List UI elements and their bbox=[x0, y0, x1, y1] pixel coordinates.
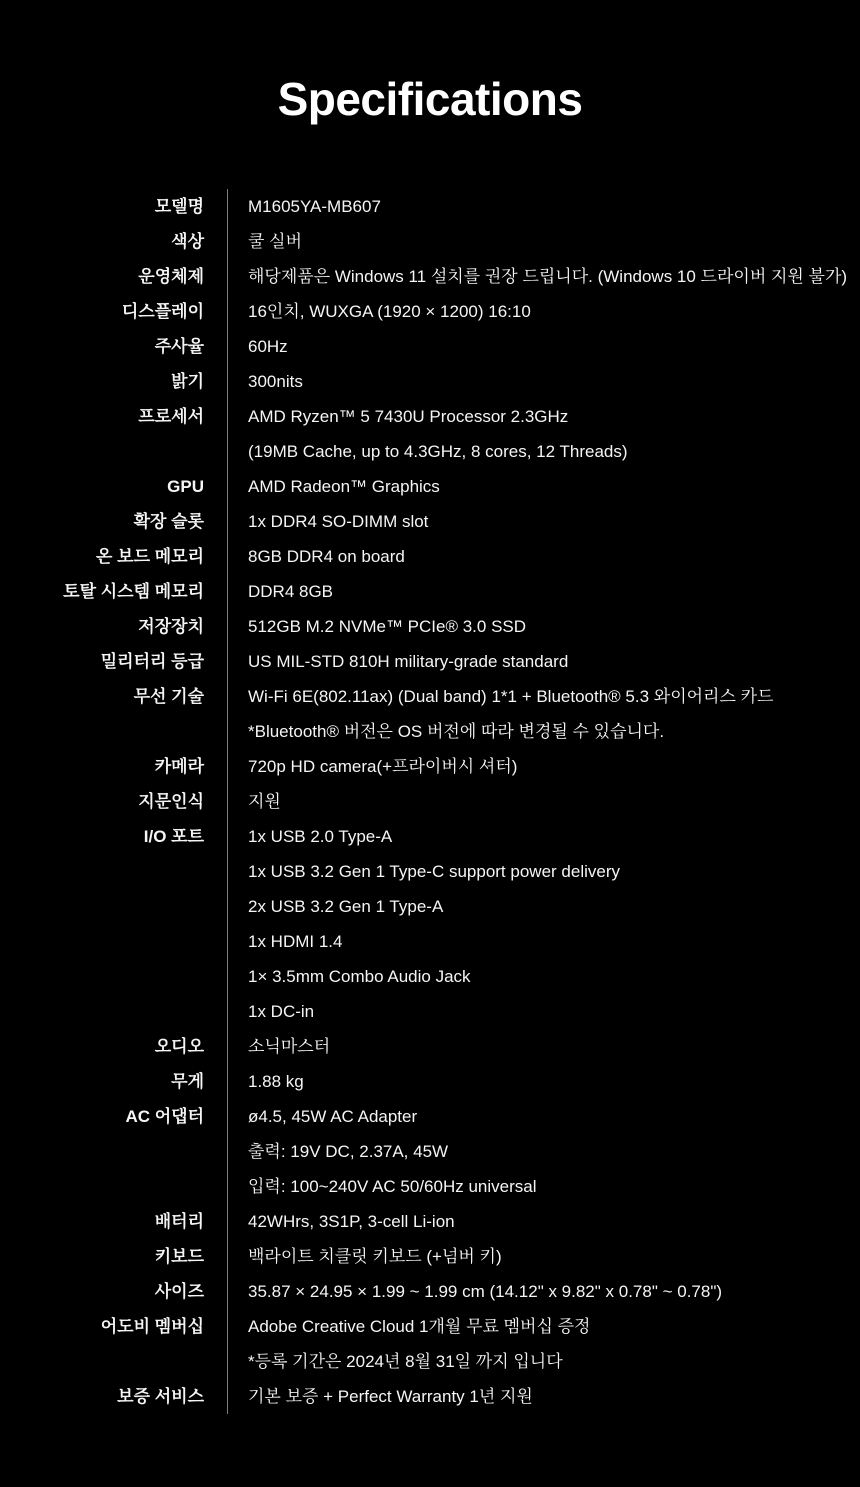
spec-row: 보증 서비스기본 보증 + Perfect Warranty 1년 지원 bbox=[0, 1379, 860, 1414]
spec-label: GPU bbox=[0, 469, 228, 504]
spec-value-line: 1x USB 3.2 Gen 1 Type-C support power de… bbox=[248, 854, 860, 889]
spec-table: 모델명M1605YA-MB607색상쿨 실버운영체제해당제품은 Windows … bbox=[0, 189, 860, 1414]
spec-value-line: 1x DC-in bbox=[248, 994, 860, 1029]
spec-value: DDR4 8GB bbox=[228, 574, 860, 609]
spec-row: 저장장치512GB M.2 NVMe™ PCIe® 3.0 SSD bbox=[0, 609, 860, 644]
spec-value-line: 해당제품은 Windows 11 설치를 권장 드립니다. (Windows 1… bbox=[248, 259, 860, 294]
spec-label: 카메라 bbox=[0, 749, 228, 784]
spec-value: 기본 보증 + Perfect Warranty 1년 지원 bbox=[228, 1379, 860, 1414]
spec-label: 밝기 bbox=[0, 364, 228, 399]
spec-value: 소닉마스터 bbox=[228, 1029, 860, 1064]
spec-value: 512GB M.2 NVMe™ PCIe® 3.0 SSD bbox=[228, 609, 860, 644]
spec-label: 모델명 bbox=[0, 189, 228, 224]
spec-label: 오디오 bbox=[0, 1029, 228, 1064]
spec-value: AMD Ryzen™ 5 7430U Processor 2.3GHz(19MB… bbox=[228, 399, 860, 469]
spec-value: 720p HD camera(+프라이버시 셔터) bbox=[228, 749, 860, 784]
spec-row: 확장 슬롯1x DDR4 SO-DIMM slot bbox=[0, 504, 860, 539]
spec-value-line: Wi-Fi 6E(802.11ax) (Dual band) 1*1 + Blu… bbox=[248, 679, 860, 714]
spec-value-line: AMD Ryzen™ 5 7430U Processor 2.3GHz bbox=[248, 399, 860, 434]
spec-value: US MIL-STD 810H military-grade standard bbox=[228, 644, 860, 679]
spec-value-line: 1x HDMI 1.4 bbox=[248, 924, 860, 959]
spec-row: GPUAMD Radeon™ Graphics bbox=[0, 469, 860, 504]
spec-value-line: 지원 bbox=[248, 784, 860, 819]
spec-value-line: 35.87 × 24.95 × 1.99 ~ 1.99 cm (14.12" x… bbox=[248, 1274, 860, 1309]
spec-row: 어도비 멤버십Adobe Creative Cloud 1개월 무료 멤버십 증… bbox=[0, 1309, 860, 1379]
spec-value: 60Hz bbox=[228, 329, 860, 364]
spec-row: 밀리터리 등급US MIL-STD 810H military-grade st… bbox=[0, 644, 860, 679]
spec-value-line: 출력: 19V DC, 2.37A, 45W bbox=[248, 1134, 860, 1169]
spec-value: 300nits bbox=[228, 364, 860, 399]
spec-label: 어도비 멤버십 bbox=[0, 1309, 228, 1379]
spec-row: I/O 포트1x USB 2.0 Type-A1x USB 3.2 Gen 1 … bbox=[0, 819, 860, 1029]
spec-label: 키보드 bbox=[0, 1239, 228, 1274]
spec-row: 토탈 시스템 메모리DDR4 8GB bbox=[0, 574, 860, 609]
spec-row: 키보드백라이트 치클릿 키보드 (+넘버 키) bbox=[0, 1239, 860, 1274]
spec-value-line: 1× 3.5mm Combo Audio Jack bbox=[248, 959, 860, 994]
spec-row: 카메라720p HD camera(+프라이버시 셔터) bbox=[0, 749, 860, 784]
spec-row: 주사율60Hz bbox=[0, 329, 860, 364]
spec-value-line: 2x USB 3.2 Gen 1 Type-A bbox=[248, 889, 860, 924]
spec-row: 색상쿨 실버 bbox=[0, 224, 860, 259]
spec-value-line: 8GB DDR4 on board bbox=[248, 539, 860, 574]
spec-value-line: 1x DDR4 SO-DIMM slot bbox=[248, 504, 860, 539]
spec-label: 무선 기술 bbox=[0, 679, 228, 749]
spec-value: 1x USB 2.0 Type-A1x USB 3.2 Gen 1 Type-C… bbox=[228, 819, 860, 1029]
spec-value-line: US MIL-STD 810H military-grade standard bbox=[248, 644, 860, 679]
spec-label: 토탈 시스템 메모리 bbox=[0, 574, 228, 609]
spec-value: 해당제품은 Windows 11 설치를 권장 드립니다. (Windows 1… bbox=[228, 259, 860, 294]
spec-row: 무게1.88 kg bbox=[0, 1064, 860, 1099]
spec-label: AC 어댑터 bbox=[0, 1099, 228, 1204]
spec-value-line: 720p HD camera(+프라이버시 셔터) bbox=[248, 749, 860, 784]
spec-label: 저장장치 bbox=[0, 609, 228, 644]
spec-value: ø4.5, 45W AC Adapter출력: 19V DC, 2.37A, 4… bbox=[228, 1099, 860, 1204]
spec-value: Adobe Creative Cloud 1개월 무료 멤버십 증정*등록 기간… bbox=[228, 1309, 860, 1379]
spec-label: 보증 서비스 bbox=[0, 1379, 228, 1414]
spec-value: 35.87 × 24.95 × 1.99 ~ 1.99 cm (14.12" x… bbox=[228, 1274, 860, 1309]
spec-row: 모델명M1605YA-MB607 bbox=[0, 189, 860, 224]
spec-row: 프로세서AMD Ryzen™ 5 7430U Processor 2.3GHz(… bbox=[0, 399, 860, 469]
spec-label: 디스플레이 bbox=[0, 294, 228, 329]
spec-label: 온 보드 메모리 bbox=[0, 539, 228, 574]
spec-row: AC 어댑터ø4.5, 45W AC Adapter출력: 19V DC, 2.… bbox=[0, 1099, 860, 1204]
spec-label: 확장 슬롯 bbox=[0, 504, 228, 539]
spec-label: 프로세서 bbox=[0, 399, 228, 469]
spec-value: 1.88 kg bbox=[228, 1064, 860, 1099]
spec-label: 무게 bbox=[0, 1064, 228, 1099]
spec-value: AMD Radeon™ Graphics bbox=[228, 469, 860, 504]
spec-label: 배터리 bbox=[0, 1204, 228, 1239]
spec-value: M1605YA-MB607 bbox=[228, 189, 860, 224]
spec-value-line: 300nits bbox=[248, 364, 860, 399]
spec-value: 8GB DDR4 on board bbox=[228, 539, 860, 574]
spec-value-line: M1605YA-MB607 bbox=[248, 189, 860, 224]
spec-value-line: 1x USB 2.0 Type-A bbox=[248, 819, 860, 854]
spec-value-line: *Bluetooth® 버전은 OS 버전에 따라 변경될 수 있습니다. bbox=[248, 714, 860, 749]
spec-label: 운영체제 bbox=[0, 259, 228, 294]
spec-value-line: AMD Radeon™ Graphics bbox=[248, 469, 860, 504]
spec-value-line: (19MB Cache, up to 4.3GHz, 8 cores, 12 T… bbox=[248, 434, 860, 469]
spec-value-line: DDR4 8GB bbox=[248, 574, 860, 609]
spec-value-line: 소닉마스터 bbox=[248, 1029, 860, 1064]
spec-value-line: 16인치, WUXGA (1920 × 1200) 16:10 bbox=[248, 294, 860, 329]
spec-row: 운영체제해당제품은 Windows 11 설치를 권장 드립니다. (Windo… bbox=[0, 259, 860, 294]
page-title: Specifications bbox=[0, 72, 860, 127]
spec-row: 디스플레이16인치, WUXGA (1920 × 1200) 16:10 bbox=[0, 294, 860, 329]
spec-value: Wi-Fi 6E(802.11ax) (Dual band) 1*1 + Blu… bbox=[228, 679, 860, 749]
spec-value-line: 백라이트 치클릿 키보드 (+넘버 키) bbox=[248, 1239, 860, 1274]
spec-value-line: 쿨 실버 bbox=[248, 224, 860, 259]
spec-value-line: 1.88 kg bbox=[248, 1064, 860, 1099]
spec-label: 색상 bbox=[0, 224, 228, 259]
spec-label: I/O 포트 bbox=[0, 819, 228, 1029]
spec-value: 1x DDR4 SO-DIMM slot bbox=[228, 504, 860, 539]
spec-value: 42WHrs, 3S1P, 3-cell Li-ion bbox=[228, 1204, 860, 1239]
spec-value: 지원 bbox=[228, 784, 860, 819]
spec-value: 쿨 실버 bbox=[228, 224, 860, 259]
spec-value-line: ø4.5, 45W AC Adapter bbox=[248, 1099, 860, 1134]
spec-value: 백라이트 치클릿 키보드 (+넘버 키) bbox=[228, 1239, 860, 1274]
spec-value-line: 42WHrs, 3S1P, 3-cell Li-ion bbox=[248, 1204, 860, 1239]
spec-value-line: 60Hz bbox=[248, 329, 860, 364]
spec-value-line: 기본 보증 + Perfect Warranty 1년 지원 bbox=[248, 1379, 860, 1414]
spec-label: 밀리터리 등급 bbox=[0, 644, 228, 679]
spec-label: 지문인식 bbox=[0, 784, 228, 819]
spec-row: 지문인식지원 bbox=[0, 784, 860, 819]
spec-row: 밝기300nits bbox=[0, 364, 860, 399]
spec-value-line: 입력: 100~240V AC 50/60Hz universal bbox=[248, 1169, 860, 1204]
spec-value-line: Adobe Creative Cloud 1개월 무료 멤버십 증정 bbox=[248, 1309, 860, 1344]
spec-value-line: *등록 기간은 2024년 8월 31일 까지 입니다 bbox=[248, 1344, 860, 1379]
spec-row: 배터리42WHrs, 3S1P, 3-cell Li-ion bbox=[0, 1204, 860, 1239]
spec-value-line: 512GB M.2 NVMe™ PCIe® 3.0 SSD bbox=[248, 609, 860, 644]
spec-label: 주사율 bbox=[0, 329, 228, 364]
spec-row: 오디오소닉마스터 bbox=[0, 1029, 860, 1064]
spec-row: 온 보드 메모리8GB DDR4 on board bbox=[0, 539, 860, 574]
spec-value: 16인치, WUXGA (1920 × 1200) 16:10 bbox=[228, 294, 860, 329]
spec-label: 사이즈 bbox=[0, 1274, 228, 1309]
spec-row: 무선 기술Wi-Fi 6E(802.11ax) (Dual band) 1*1 … bbox=[0, 679, 860, 749]
spec-row: 사이즈35.87 × 24.95 × 1.99 ~ 1.99 cm (14.12… bbox=[0, 1274, 860, 1309]
